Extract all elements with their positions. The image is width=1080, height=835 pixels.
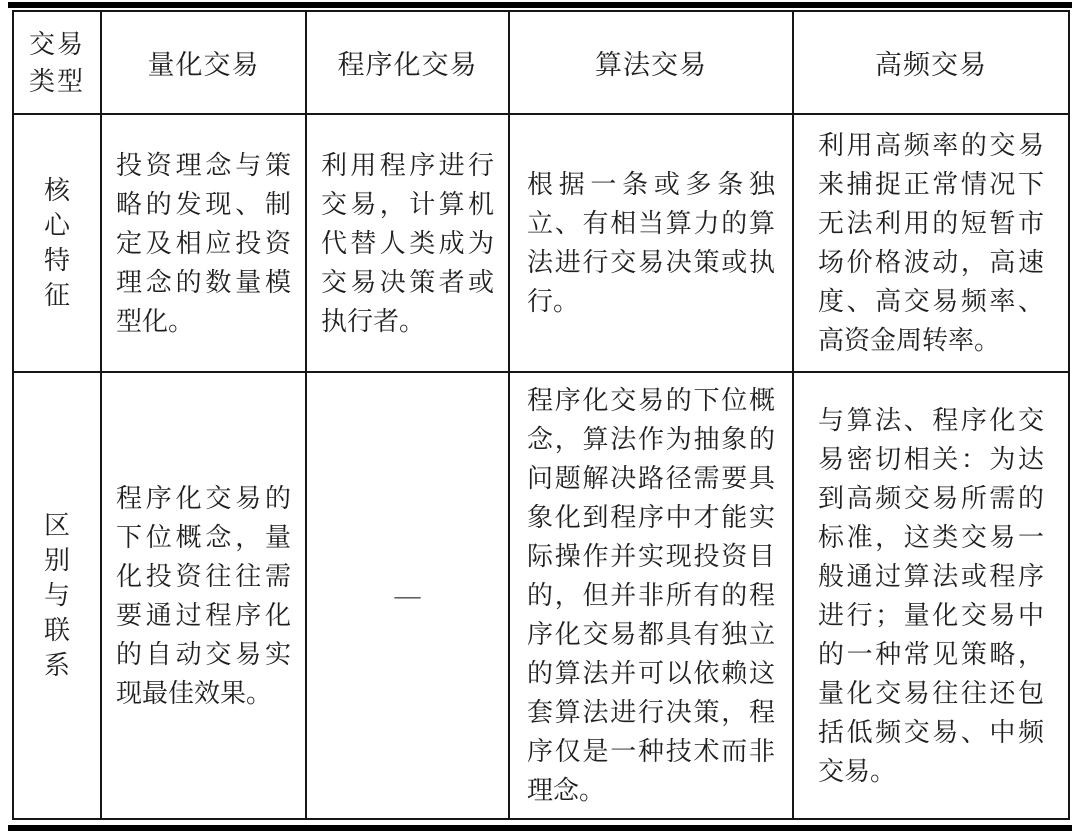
row-header-differences-connections: 区 别 与 联 系 — [13, 372, 101, 819]
corner-header-trade-type: 交易 类型 — [13, 11, 101, 114]
col-header-high-frequency-trading: 高频交易 — [793, 11, 1069, 114]
cell-core-high-frequency: 利用高频率的交易来捕捉正常情况下无法利用的短暂市场价格波动，高速度、高交易频率、… — [793, 114, 1069, 372]
trading-types-table-frame: 交易 类型 量化交易 程序化交易 算法交易 高频交易 核 心 特 征 投资理念与… — [8, 2, 1072, 831]
differences-row: 区 别 与 联 系 程序化交易的下位概念，量化投资往往需要通过程序化的自动交易实… — [13, 372, 1069, 819]
cell-diff-high-frequency: 与算法、程序化交易密切相关：为达到高频交易所需的标准，这类交易一般通过算法或程序… — [793, 372, 1069, 819]
document-page: 交易 类型 量化交易 程序化交易 算法交易 高频交易 核 心 特 征 投资理念与… — [0, 0, 1080, 835]
cell-core-programmatic: 利用程序进行交易，计算机代替人类成为交易决策者或执行者。 — [306, 114, 509, 372]
trading-types-comparison-table: 交易 类型 量化交易 程序化交易 算法交易 高频交易 核 心 特 征 投资理念与… — [12, 10, 1070, 820]
col-header-quantitative-trading: 量化交易 — [101, 11, 306, 114]
cell-diff-programmatic-dash: — — [306, 372, 509, 819]
cell-diff-quantitative: 程序化交易的下位概念，量化投资往往需要通过程序化的自动交易实现最佳效果。 — [101, 372, 306, 819]
cell-diff-algorithmic: 程序化交易的下位概念，算法作为抽象的问题解决路径需要具象化到程序中才能实际操作并… — [509, 372, 793, 819]
col-header-programmatic-trading: 程序化交易 — [306, 11, 509, 114]
row-header-core-features: 核 心 特 征 — [13, 114, 101, 372]
header-row: 交易 类型 量化交易 程序化交易 算法交易 高频交易 — [13, 11, 1069, 114]
core-features-row: 核 心 特 征 投资理念与策略的发现、制定及相应投资理念的数量模型化。 利用程序… — [13, 114, 1069, 372]
cell-core-algorithmic: 根据一条或多条独立、有相当算力的算法进行交易决策或执行。 — [509, 114, 793, 372]
cell-core-quantitative: 投资理念与策略的发现、制定及相应投资理念的数量模型化。 — [101, 114, 306, 372]
col-header-algorithmic-trading: 算法交易 — [509, 11, 793, 114]
